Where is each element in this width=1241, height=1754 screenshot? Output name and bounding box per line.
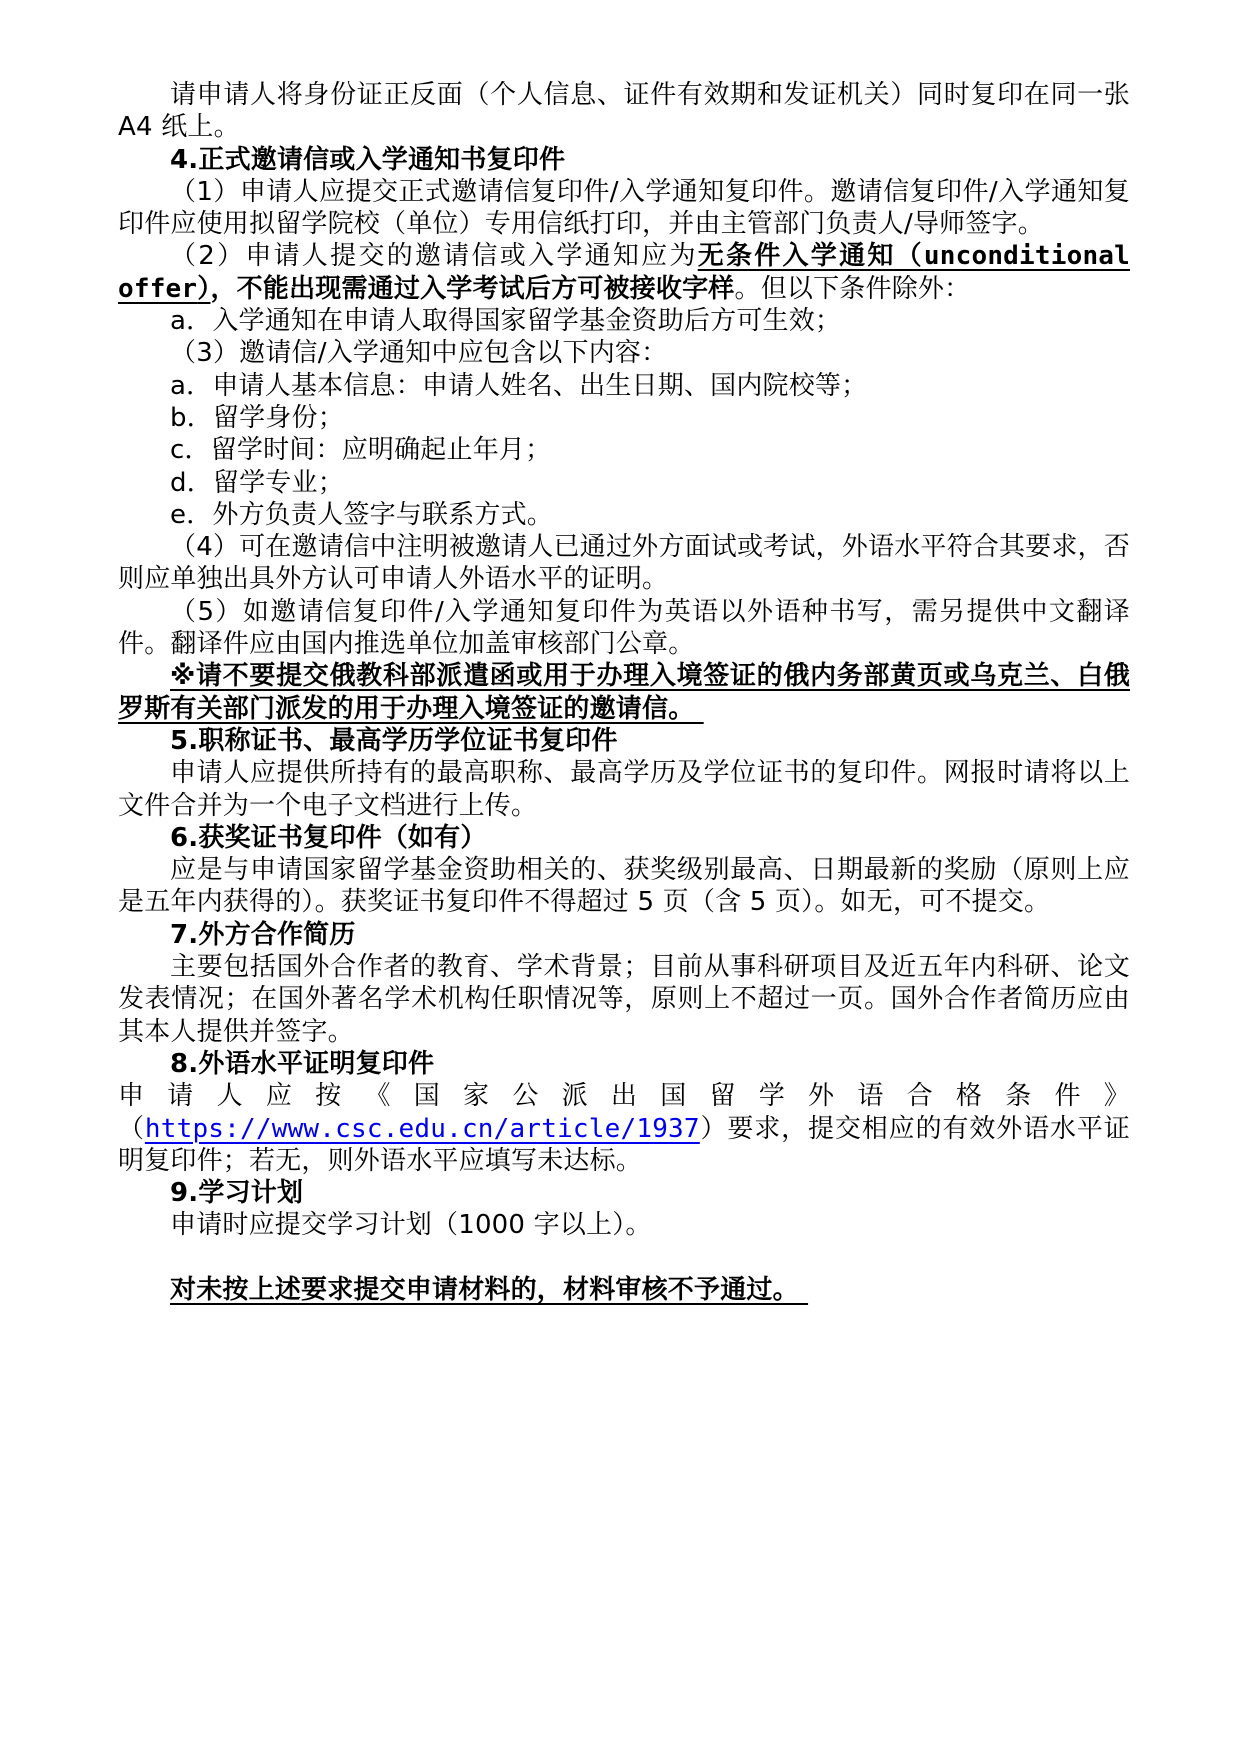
- section-7-heading: 7.外方合作简历: [118, 919, 1130, 951]
- text-run: ，不能出现需通过入学考试后方可被接收字样: [210, 274, 734, 304]
- blank-line: [118, 1242, 1130, 1274]
- document-page: 请申请人将身份证正反面（个人信息、证件有效期和发证机关）同时复印在同一张 A4 …: [0, 0, 1241, 1754]
- text-run: 5.职称证书、最高学历学位证书复印件: [170, 726, 618, 756]
- id-copy-note: 请申请人将身份证正反面（个人信息、证件有效期和发证机关）同时复印在同一张 A4 …: [118, 79, 1130, 144]
- text-run: 9.学习计划: [170, 1178, 303, 1208]
- text-run: e．外方负责人签字与联系方式。: [170, 500, 553, 530]
- text-run: 无条件入学通知（: [698, 241, 924, 271]
- text-run: a．入学通知在申请人取得国家留学基金资助后方可生效；: [170, 306, 841, 336]
- text-run: 8.外语水平证明复印件: [170, 1049, 434, 1079]
- text-run: 申请人应提供所持有的最高职称、最高学历及学位证书的复印件。网报时请将以上文件合并…: [118, 758, 1130, 820]
- section-8-body-line1: 申请人应按《国家公派出国留学外语合格条件》: [118, 1080, 1130, 1112]
- item-4-5: （5）如邀请信复印件/入学通知复印件为英语以外语种书写，需另提供中文翻译件。翻译…: [118, 596, 1130, 661]
- text-run: 请申请人将身份证正反面（个人信息、证件有效期和发证机关）同时复印在同一张 A4 …: [118, 80, 1130, 142]
- section-9-heading: 9.学习计划: [118, 1177, 1130, 1209]
- text-run: d．留学专业；: [170, 468, 344, 498]
- text-run: 申请时应提交学习计划（1000 字以上）。: [170, 1210, 652, 1240]
- text-run: 7.外方合作简历: [170, 920, 356, 950]
- section-7-body: 主要包括国外合作者的教育、学术背景；目前从事科研项目及近五年内科研、论文发表情况…: [118, 951, 1130, 1048]
- csc-article-link[interactable]: https://www.csc.edu.cn/article/1937: [145, 1114, 700, 1144]
- text-run: （2）申请人提交的邀请信或入学通知应为: [170, 241, 698, 271]
- item-4-2a: a．入学通知在申请人取得国家留学基金资助后方可生效；: [118, 305, 1130, 337]
- text-run: 主要包括国外合作者的教育、学术背景；目前从事科研项目及近五年内科研、论文发表情况…: [118, 952, 1130, 1047]
- item-4-3a: a．申请人基本信息：申请人姓名、出生日期、国内院校等；: [118, 370, 1130, 402]
- text-run: c．留学时间：应明确起止年月；: [170, 435, 551, 465]
- section-5-body: 申请人应提供所持有的最高职称、最高学历及学位证书的复印件。网报时请将以上文件合并…: [118, 757, 1130, 822]
- section-8-body: （https://www.csc.edu.cn/article/1937）要求，…: [118, 1113, 1130, 1178]
- item-4-2: （2）申请人提交的邀请信或入学通知应为无条件入学通知（unconditional…: [118, 240, 1130, 305]
- text-run: 对未按上述要求提交申请材料的，材料审核不予通过。: [170, 1275, 808, 1305]
- item-4-3d: d．留学专业；: [118, 467, 1130, 499]
- section-4-heading: 4.正式邀请信或入学通知书复印件: [118, 144, 1130, 176]
- text-run: （5）如邀请信复印件/入学通知复印件为英语以外语种书写，需另提供中文翻译件。翻译…: [118, 597, 1130, 659]
- text-run: （3）邀请信/入学通知中应包含以下内容：: [170, 338, 667, 368]
- text-run: a．申请人基本信息：申请人姓名、出生日期、国内院校等；: [170, 371, 867, 401]
- text-run: 申请人应按《国家公派出国留学外语合格条件》: [118, 1081, 1130, 1111]
- text-run: 6.获奖证书复印件（如有）: [170, 823, 487, 853]
- text-run: 。但以下条件除外：: [735, 274, 971, 304]
- section-6-body: 应是与申请国家留学基金资助相关的、获奖级别最高、日期最新的奖励（原则上应是五年内…: [118, 854, 1130, 919]
- section-9-body: 申请时应提交学习计划（1000 字以上）。: [118, 1209, 1130, 1241]
- text-run: ）: [197, 274, 210, 304]
- section-5-heading: 5.职称证书、最高学历学位证书复印件: [118, 725, 1130, 757]
- text-run: b．留学身份；: [170, 403, 344, 433]
- text-run: （4）可在邀请信中注明被邀请人已通过外方面试或考试，外语水平符合其要求，否则应单…: [118, 532, 1130, 594]
- final-warning: 对未按上述要求提交申请材料的，材料审核不予通过。: [118, 1274, 1130, 1306]
- item-4-4: （4）可在邀请信中注明被邀请人已通过外方面试或考试，外语水平符合其要求，否则应单…: [118, 531, 1130, 596]
- section-8-heading: 8.外语水平证明复印件: [118, 1048, 1130, 1080]
- text-run: （: [118, 1114, 145, 1144]
- russia-warning-note: ※请不要提交俄教科部派遣函或用于办理入境签证的俄内务部黄页或乌克兰、白俄罗斯有关…: [118, 660, 1130, 725]
- item-4-3b: b．留学身份；: [118, 402, 1130, 434]
- section-6-heading: 6.获奖证书复印件（如有）: [118, 822, 1130, 854]
- item-4-3c: c．留学时间：应明确起止年月；: [118, 434, 1130, 466]
- item-4-3e: e．外方负责人签字与联系方式。: [118, 499, 1130, 531]
- text-run: （1）申请人应提交正式邀请信复印件/入学通知复印件。邀请信复印件/入学通知复印件…: [118, 177, 1130, 239]
- item-4-1: （1）申请人应提交正式邀请信复印件/入学通知复印件。邀请信复印件/入学通知复印件…: [118, 176, 1130, 241]
- text-run: ※请不要提交俄教科部派遣函或用于办理入境签证的俄内务部黄页或乌克兰、白俄罗斯有关…: [118, 661, 1130, 723]
- item-4-3: （3）邀请信/入学通知中应包含以下内容：: [118, 337, 1130, 369]
- document-content: 请申请人将身份证正反面（个人信息、证件有效期和发证机关）同时复印在同一张 A4 …: [118, 79, 1130, 1306]
- text-run: 应是与申请国家留学基金资助相关的、获奖级别最高、日期最新的奖励（原则上应是五年内…: [118, 855, 1130, 917]
- text-run: 4.正式邀请信或入学通知书复印件: [170, 145, 565, 175]
